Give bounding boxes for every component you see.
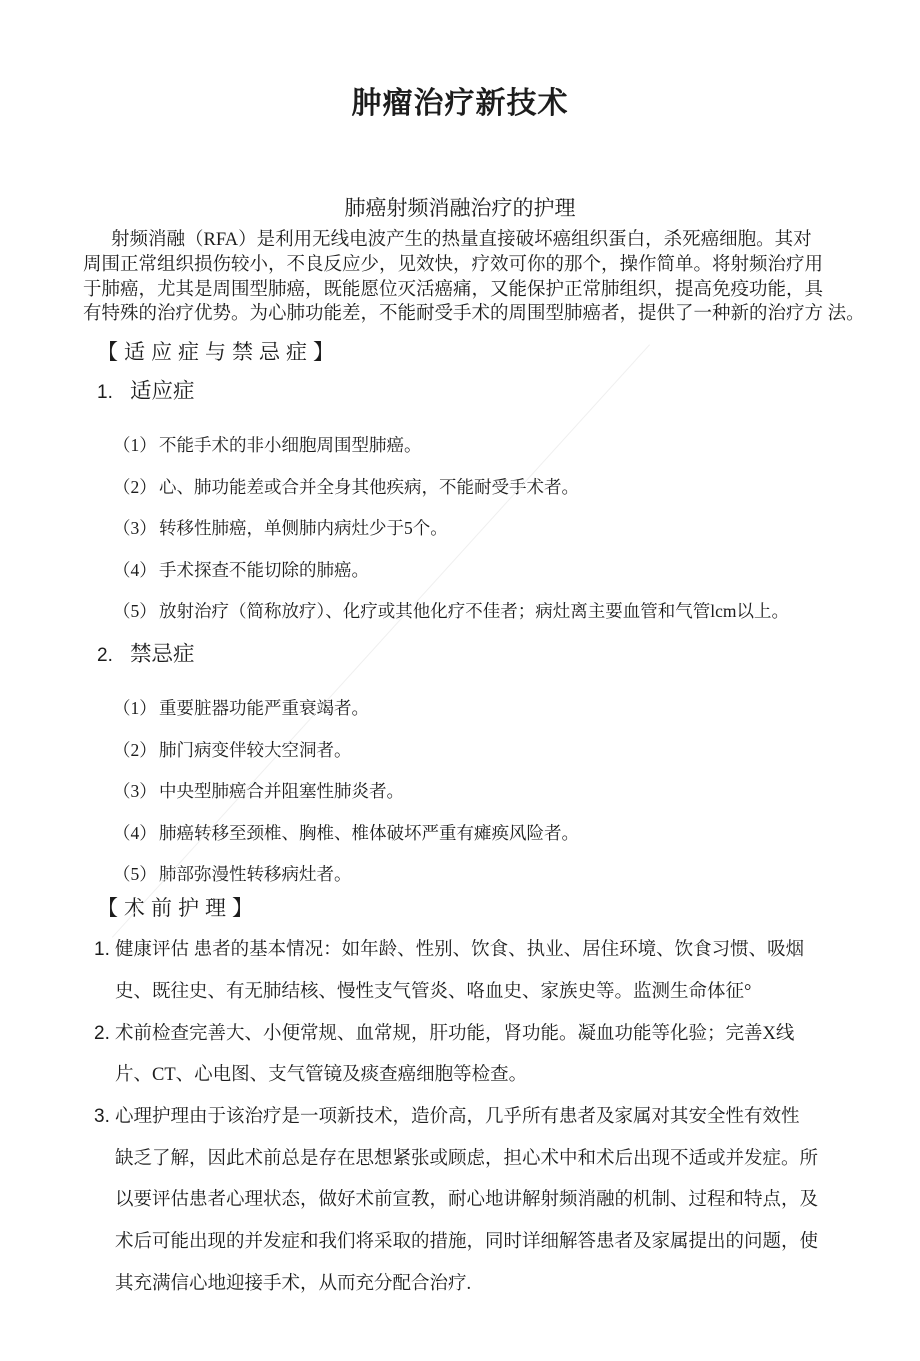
subsection-number: 2. [97,641,130,670]
item-text: 重要脏器功能严重衰竭者。 [159,698,369,718]
preop-item-line: 以要评估患者心理状态，做好术前宣教，耐心地讲解射频消融的机制、过程和特点，及 [115,1187,920,1229]
item-text: 手术探查不能切除的肺癌。 [159,560,369,580]
item-marker: （2） [113,738,159,763]
item-text: 中央型肺癌合并阻塞性肺炎者。 [159,781,404,801]
indication-item: （3）转移性肺癌，单侧肺内病灶少于5个。 [113,516,920,541]
section-header-indications-contraindications: 【适应症与禁忌症】 [97,339,920,365]
preop-item: 1. 健康评估 患者的基本情况：如年龄、性别、饮食、执业、居住环境、饮食习惯、吸… [94,937,920,1020]
item-marker: （3） [113,516,159,541]
contraindication-item: （4）肺癌转移至颈椎、胸椎、椎体破坏严重有瘫痪风险者。 [113,821,920,846]
page-subtitle: 肺癌射频消融治疗的护理 [0,194,920,222]
indications-list: （1）不能手术的非小细胞周围型肺癌。 （2）心、肺功能差或合并全身其他疾病，不能… [0,433,920,624]
indication-item: （5）放射治疗（简称放疗）、化疗或其他化疗不佳者；病灶离主要血管和气管lcm以上… [113,599,920,624]
contraindication-item: （5）肺部弥漫性转移病灶者。 [113,862,920,887]
item-marker: （4） [113,821,159,846]
indication-item: （2）心、肺功能差或合并全身其他疾病，不能耐受手术者。 [113,475,920,500]
preop-item-number: 2. [94,1021,115,1104]
section-header-preop-care: 【术前护理】 [97,895,920,921]
item-text: 肺部弥漫性转移病灶者。 [159,864,352,884]
subsection-label: 适应症 [130,379,195,403]
preop-item-line: 术前检查完善大、小便常规、血常规，肝功能，肾功能。凝血功能等化验；完善X线 [115,1021,920,1063]
subsection-indications-heading: 1.适应症 [97,377,920,407]
intro-paragraph: 射频消融（RFA）是利用无线电波产生的热量直接破坏癌组织蛋白，杀死癌细胞。其对 … [83,228,920,327]
preop-item-text: 术前检查完善大、小便常规、血常规，肝功能，肾功能。凝血功能等化验；完善X线 片、… [115,1021,920,1104]
intro-line: 周围正常组织损伤较小，不良反应少，见效快，疗效可你的那个，操作简单。将射频治疗用 [83,253,920,278]
item-marker: （5） [113,862,159,887]
preop-item-text: 心理护理由于该治疗是一项新技术，造价高，几乎所有患者及家属对其安全性有效性 缺乏… [115,1104,920,1312]
item-marker: （4） [113,558,159,583]
document-page: 肿瘤治疗新技术 肺癌射频消融治疗的护理 射频消融（RFA）是利用无线电波产生的热… [0,0,920,1361]
item-text: 放射治疗（简称放疗）、化疗或其他化疗不佳者；病灶离主要血管和气管lcm以上。 [159,601,789,621]
item-marker: （5） [113,599,159,624]
preop-item-text: 健康评估 患者的基本情况：如年龄、性别、饮食、执业、居住环境、饮食习惯、吸烟 史… [115,937,920,1020]
preop-item-line: 史、既往史、有无肺结核、慢性支气管炎、咯血史、家族史等。监测生命体征° [115,979,920,1021]
contraindications-list: （1）重要脏器功能严重衰竭者。 （2）肺门病变伴较大空洞者。 （3）中央型肺癌合… [0,696,920,887]
item-marker: （1） [113,696,159,721]
preop-item-line: 其充满信心地迎接手术，从而充分配合治疗. [115,1271,920,1313]
preop-item-number: 3. [94,1104,115,1312]
preop-care-list: 1. 健康评估 患者的基本情况：如年龄、性别、饮食、执业、居住环境、饮食习惯、吸… [0,937,920,1312]
item-text: 不能手术的非小细胞周围型肺癌。 [159,435,422,455]
item-text: 心、肺功能差或合并全身其他疾病，不能耐受手术者。 [159,477,579,497]
preop-item-line: 术后可能出现的并发症和我们将采取的措施，同时详细解答患者及家属提出的问题，使 [115,1229,920,1271]
intro-line: 射频消融（RFA）是利用无线电波产生的热量直接破坏癌组织蛋白，杀死癌细胞。其对 [83,228,920,253]
subsection-label: 禁忌症 [130,642,195,666]
preop-item-number: 1. [94,937,115,1020]
intro-line: 有特殊的治疗优势。为心肺功能差，不能耐受手术的周围型肺癌者，提供了一种新的治疗方… [83,302,920,327]
preop-item-line: 片、CT、心电图、支气管镜及痰查癌细胞等检查。 [115,1062,920,1104]
item-text: 肺癌转移至颈椎、胸椎、椎体破坏严重有瘫痪风险者。 [159,823,579,843]
item-text: 肺门病变伴较大空洞者。 [159,740,352,760]
preop-item-line: 健康评估 患者的基本情况：如年龄、性别、饮食、执业、居住环境、饮食习惯、吸烟 [115,937,920,979]
contraindication-item: （1）重要脏器功能严重衰竭者。 [113,696,920,721]
preop-item: 2. 术前检查完善大、小便常规、血常规，肝功能，肾功能。凝血功能等化验；完善X线… [94,1021,920,1104]
preop-item: 3. 心理护理由于该治疗是一项新技术，造价高，几乎所有患者及家属对其安全性有效性… [94,1104,920,1312]
item-text: 转移性肺癌，单侧肺内病灶少于5个。 [159,518,448,538]
contraindication-item: （2）肺门病变伴较大空洞者。 [113,738,920,763]
item-marker: （2） [113,475,159,500]
subsection-contraindications-heading: 2.禁忌症 [97,640,920,670]
indication-item: （1）不能手术的非小细胞周围型肺癌。 [113,433,920,458]
indication-item: （4）手术探查不能切除的肺癌。 [113,558,920,583]
page-title: 肿瘤治疗新技术 [0,0,920,124]
item-marker: （3） [113,779,159,804]
intro-line: 于肺癌，尤其是周围型肺癌，既能愿位灭活癌痛，又能保护正常肺组织，提高免疫功能，具 [83,278,920,303]
subsection-number: 1. [97,378,130,407]
preop-item-line: 心理护理由于该治疗是一项新技术，造价高，几乎所有患者及家属对其安全性有效性 [115,1104,920,1146]
item-marker: （1） [113,433,159,458]
preop-item-line: 缺乏了解，因此术前总是存在思想紧张或顾虑，担心术中和术后出现不适或并发症。所 [115,1146,920,1188]
